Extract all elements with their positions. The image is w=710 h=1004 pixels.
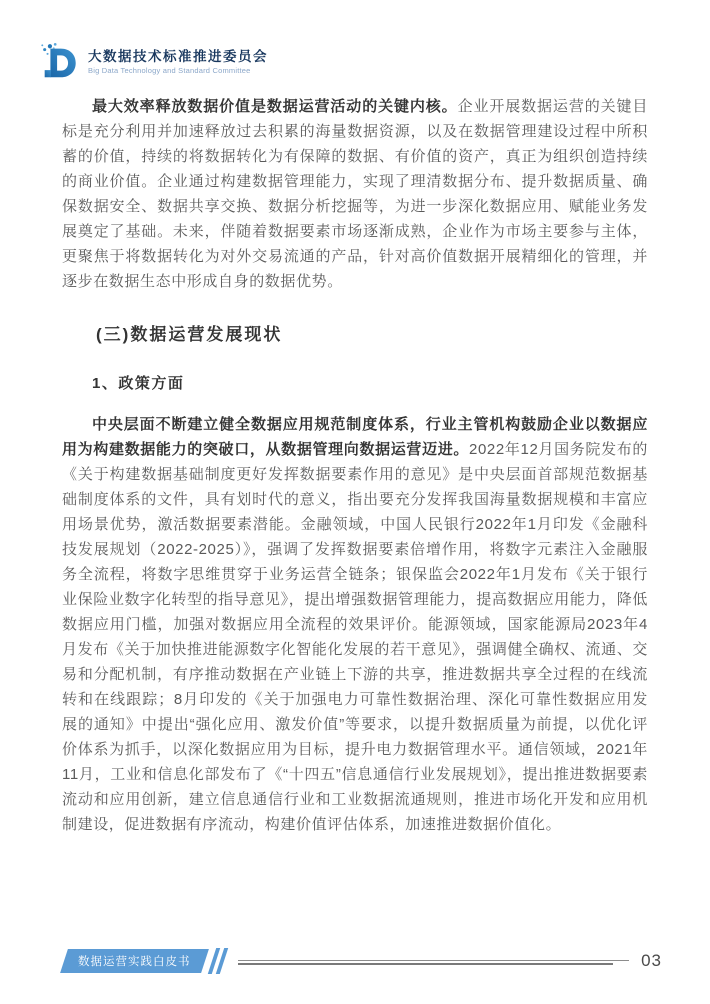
big-data-d-logo-icon (38, 40, 80, 84)
paragraph-1-bold-lead: 最大效率释放数据价值是数据运营活动的关键内核。 (92, 98, 458, 115)
paragraph-1: 最大效率释放数据价值是数据运营活动的关键内核。企业开展数据运营的关键目标是充分利… (62, 94, 648, 294)
logo: 大数据技术标准推进委员会 Big Data Technology and Sta… (38, 40, 710, 84)
page-number: 03 (641, 951, 662, 971)
paragraph-1-text: 企业开展数据运营的关键目标是充分利用并加速释放过去积累的海量数据资源，以及在数据… (62, 98, 648, 290)
footer-badge: 数据运营实践白皮书 (60, 949, 208, 973)
footer-badge-group: 数据运营实践白皮书 (64, 948, 224, 974)
section-heading: (三)数据运营发展现状 (62, 320, 648, 345)
footer-divider-line-bottom (238, 963, 614, 965)
footer-divider (238, 960, 630, 966)
document-page: 大数据技术标准推进委员会 Big Data Technology and Sta… (0, 0, 710, 1004)
footer-badge-label: 数据运营实践白皮书 (78, 953, 191, 969)
header: 大数据技术标准推进委员会 Big Data Technology and Sta… (0, 0, 710, 84)
logo-text: 大数据技术标准推进委员会 Big Data Technology and Sta… (88, 48, 268, 76)
logo-subtitle-english: Big Data Technology and Standard Committ… (88, 65, 268, 76)
subsection-heading: 1、政策方面 (62, 372, 648, 393)
footer-divider-line-top (238, 960, 630, 961)
paragraph-2: 中央层面不断建立健全数据应用规范制度体系，行业主管机构鼓励企业以数据应用为构建数… (62, 412, 648, 837)
logo-title-chinese: 大数据技术标准推进委员会 (88, 48, 268, 65)
paragraph-2-text: 2022年12月国务院发布的《关于构建数据基础制度更好发挥数据要素作用的意见》是… (62, 441, 648, 833)
footer: 数据运营实践白皮书 03 (0, 948, 710, 974)
document-body: 最大效率释放数据价值是数据运营活动的关键内核。企业开展数据运营的关键目标是充分利… (62, 94, 648, 837)
